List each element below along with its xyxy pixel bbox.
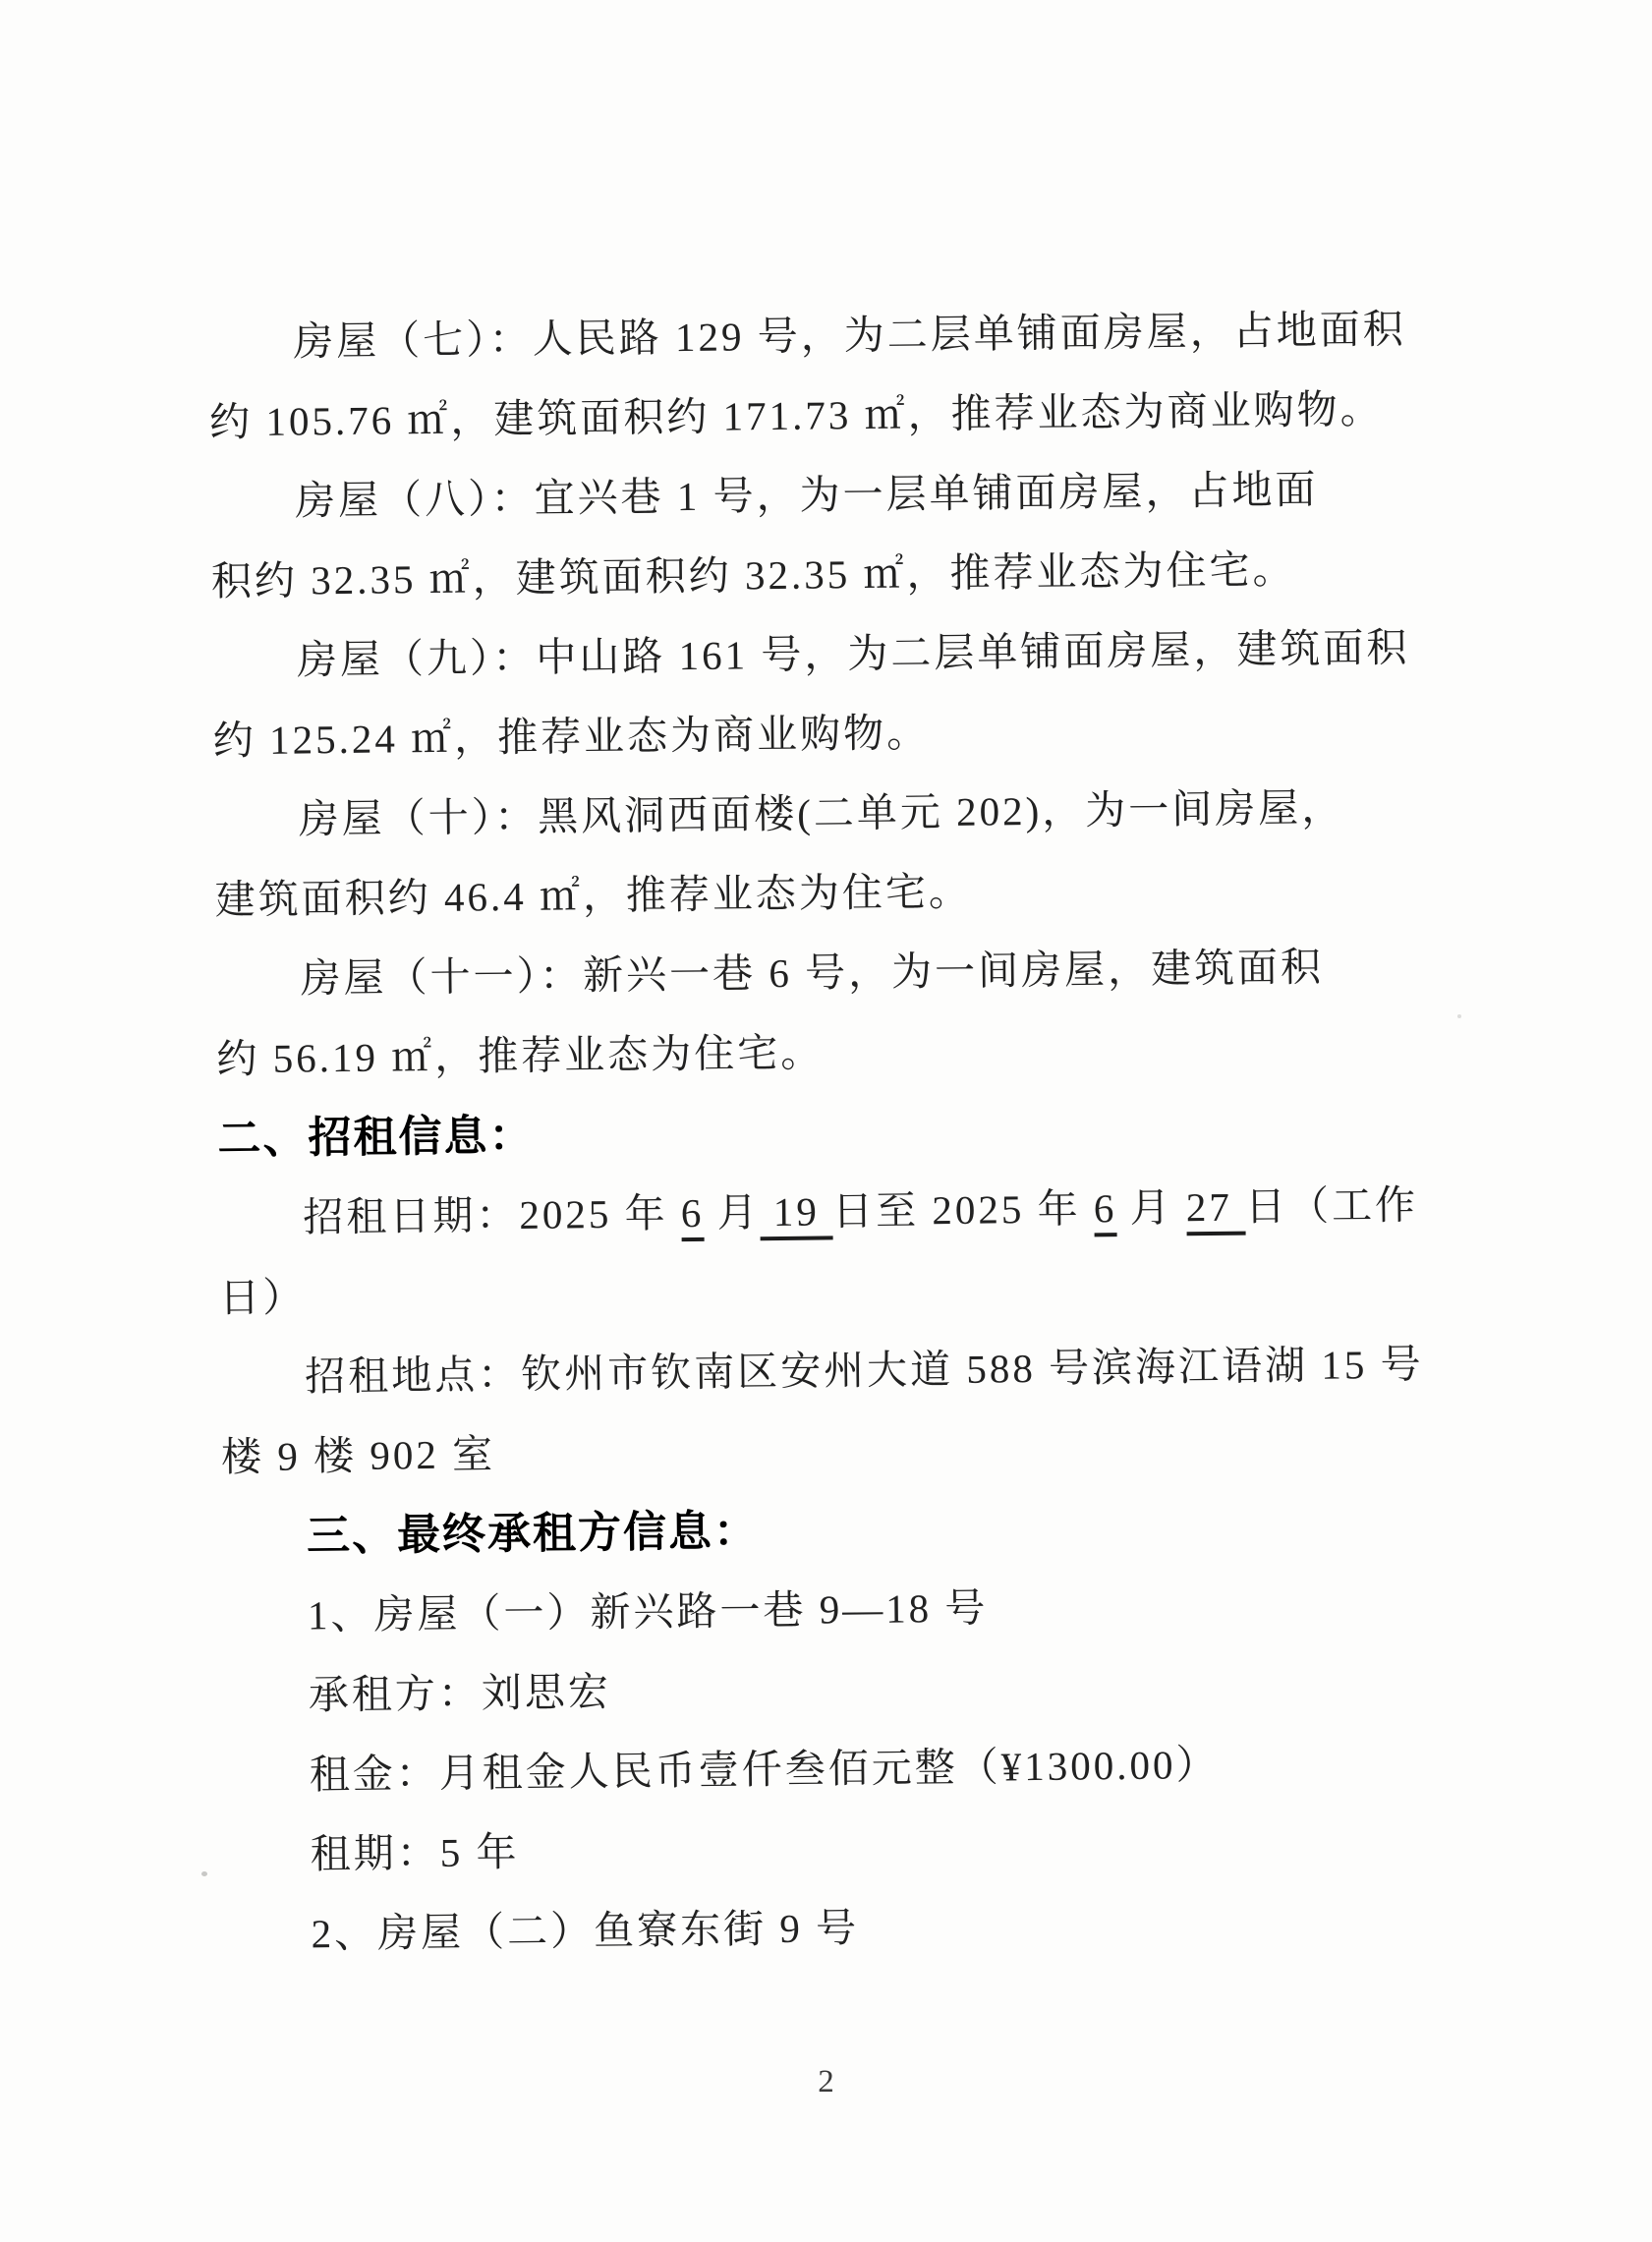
underlined-value: 19 bbox=[760, 1188, 832, 1240]
scan-speckle bbox=[1457, 1014, 1461, 1018]
document-line: 约 105.76 ㎡，建筑面积约 171.73 ㎡，推荐业态为商业购物。 bbox=[209, 369, 1449, 462]
document-line: 约 56.19 ㎡，推荐业态为住宅。 bbox=[216, 1006, 1455, 1099]
scan-speckle bbox=[201, 1871, 207, 1876]
document-line: 日） bbox=[219, 1244, 1458, 1338]
document-line: 房屋（十）：黑风洞西面楼(二单元 202)，为一间房屋， bbox=[213, 767, 1453, 860]
document-line: 建筑面积约 46.4 ㎡，推荐业态为住宅。 bbox=[214, 846, 1453, 940]
document-line: 楼 9 楼 902 室 bbox=[221, 1404, 1460, 1497]
document-line: 房屋（八）：宜兴巷 1 号，为一层单铺面房屋，占地面 bbox=[210, 448, 1450, 542]
document-content: 房屋（七）：人民路 129 号，为二层单铺面房屋，占地面积约 105.76 ㎡，… bbox=[208, 289, 1465, 1975]
text-segment: 日至 2025 年 bbox=[832, 1185, 1094, 1234]
document-line: 招租地点：钦州市钦南区安州大道 588 号滨海江语湖 15 号 bbox=[220, 1324, 1459, 1417]
document-line: 租金：月租金人民币壹仟叁佰元整（¥1300.00） bbox=[224, 1722, 1463, 1815]
document-line: 房屋（十一）：新兴一巷 6 号，为一间房屋，建筑面积 bbox=[215, 926, 1454, 1019]
document-line: 约 125.24 ㎡，推荐业态为商业购物。 bbox=[212, 687, 1452, 780]
underlined-value: 27 bbox=[1186, 1184, 1246, 1236]
underlined-value: 6 bbox=[1094, 1185, 1117, 1236]
text-segment: 月 bbox=[704, 1189, 761, 1236]
document-line: 房屋（九）：中山路 161 号，为二层单铺面房屋，建筑面积 bbox=[211, 607, 1451, 701]
document-line: 承租方：刘思宏 bbox=[223, 1642, 1462, 1736]
section-heading: 二、招租信息： bbox=[217, 1085, 1456, 1178]
document-line: 租期：5 年 bbox=[225, 1802, 1464, 1895]
document-line: 招租日期：2025 年 6 月 19 日至 2025 年 6 月 27 日（工作 bbox=[218, 1165, 1457, 1258]
text-segment: 日（工作 bbox=[1245, 1182, 1419, 1230]
document-line: 积约 32.35 ㎡，建筑面积约 32.35 ㎡，推荐业态为住宅。 bbox=[211, 528, 1451, 621]
section-heading: 三、最终承租方信息： bbox=[222, 1483, 1461, 1577]
text-segment: 月 bbox=[1116, 1184, 1186, 1231]
document-line: 2、房屋（二）鱼寮东街 9 号 bbox=[226, 1881, 1465, 1975]
text-segment: 招租日期：2025 年 bbox=[303, 1190, 681, 1239]
document-line: 1、房屋（一）新兴路一巷 9—18 号 bbox=[222, 1563, 1461, 1656]
document-page: 房屋（七）：人民路 129 号，为二层单铺面房屋，占地面积约 105.76 ㎡，… bbox=[0, 0, 1652, 2242]
document-line: 房屋（七）：人民路 129 号，为二层单铺面房屋，占地面积 bbox=[208, 289, 1448, 382]
underlined-value: 6 bbox=[681, 1190, 705, 1241]
page-number: 2 bbox=[0, 2062, 1652, 2101]
